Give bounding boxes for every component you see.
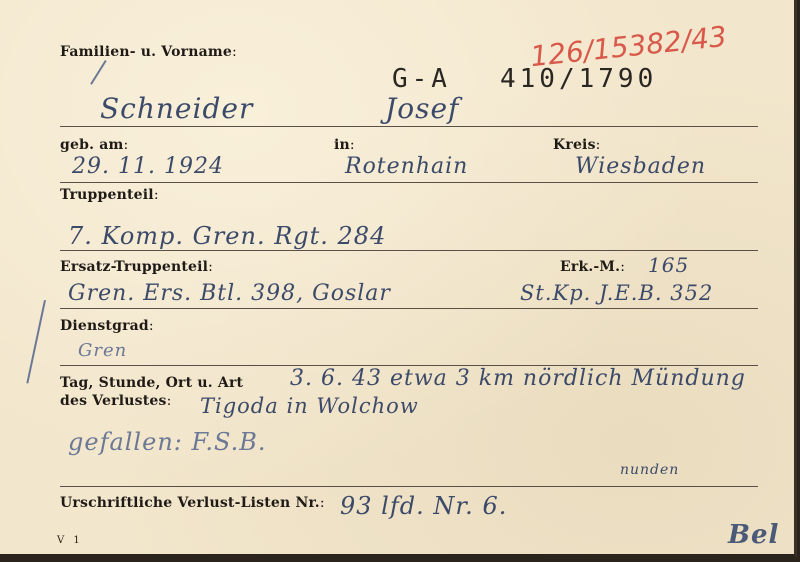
rule-replacement [60,308,758,309]
loss-label-line2: des Verlustes: [60,393,171,409]
birth-date-label: geb. am: [60,137,128,153]
rule-unit [60,250,758,251]
form-code: V 1 [57,535,83,546]
replacement-unit-label: Ersatz-Truppenteil: [60,259,213,275]
district-label: Kreis: [553,137,601,153]
id-tag-value: 165 [648,253,689,277]
name-label: Familien- u. Vorname: [60,44,237,60]
loss-list-value: 93 lfd. Nr. 6. [340,492,507,520]
loss-list-label: Urschriftliche Verlust-Listen Nr.: [60,495,325,511]
margin-pencil-mark [26,300,45,383]
loss-status: gefallen: F.S.B. [68,428,267,456]
loss-value-line2: Tigoda in Wolchow [200,394,419,418]
birth-place-label: in: [334,137,355,153]
unit-value: 7. Komp. Gren. Rgt. 284 [68,222,386,250]
rule-birth [60,182,758,183]
replacement-unit-value: Gren. Ers. Btl. 398, Goslar [68,281,391,306]
unit-label: Truppenteil: [60,187,159,203]
birth-place-value: Rotenhain [345,154,468,179]
rank-value: Gren [78,340,127,361]
index-card: Familien- u. Vorname: G-A 410/1790 126/1… [0,0,797,558]
district-value: Wiesbaden [575,154,706,179]
rank-label: Dienstgrad: [60,318,154,334]
rule-loss-list [60,486,758,487]
pencil-tick-mark [90,60,106,85]
loss-label-line1: Tag, Stunde, Ort u. Art [60,375,243,391]
typed-prefix: G-A [392,64,451,94]
id-tag-label: Erk.-M.: [560,259,625,275]
initials: Bel [728,520,779,550]
surname-value: Schneider [100,92,253,125]
given-name-value: Josef [385,92,459,125]
id-tag-detail: St.Kp. J.E.B. 352 [520,281,713,305]
birth-date-value: 29. 11. 1924 [72,154,224,179]
rule-name [60,126,758,127]
typed-number: 410/1790 [500,64,657,94]
loss-list-annotation: nunden [620,462,679,478]
loss-value-line1: 3. 6. 43 etwa 3 km nördlich Mündung [290,366,746,391]
